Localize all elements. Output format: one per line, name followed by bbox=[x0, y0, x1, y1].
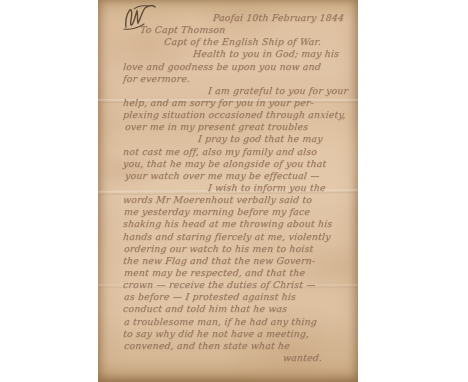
letter-line: I am grateful to you for your bbox=[97, 86, 358, 98]
letter-line: I pray to god that he may bbox=[97, 134, 358, 146]
letter-line: as before — I protested against his bbox=[97, 292, 358, 304]
letter-line: crown — receive the duties of Christ — bbox=[97, 280, 358, 292]
letter-line: love and goodness be upon you now and bbox=[97, 62, 358, 74]
letter-line: your watch over me may be effectual — bbox=[97, 171, 358, 183]
letter-line: words Mr Moerenhout verbally said to bbox=[97, 195, 358, 207]
letter-line: convened, and then state what he bbox=[97, 341, 358, 353]
letter-line: for evermore. bbox=[97, 74, 358, 86]
letter-line: wanted. bbox=[97, 353, 358, 365]
letter-line: the new Flag and that the new Govern- bbox=[97, 256, 358, 268]
letter-line: help, and am sorry for you in your per- bbox=[97, 98, 358, 110]
letter-paper: Paofai 10th February 1844To Capt Thomson… bbox=[98, 0, 358, 382]
letter-line: a troublesome man, if he had any thing bbox=[97, 317, 358, 329]
letter-line: Capt of the English Ship of War. bbox=[97, 37, 358, 49]
letter-line: Health to you in God; may his bbox=[97, 49, 358, 61]
letter-line: ment may be respected, and that the bbox=[97, 268, 358, 280]
letter-line: conduct and told him that he was bbox=[97, 304, 358, 316]
letter-line: hands and staring fiercely at me, violen… bbox=[97, 232, 358, 244]
letter-line: you, that he may be alongside of you tha… bbox=[97, 159, 358, 171]
letter-line: over me in my present great troubles bbox=[97, 122, 358, 134]
letter-text-block: Paofai 10th February 1844To Capt Thomson… bbox=[98, 13, 358, 365]
letter-line: ordering our watch to his men to hoist bbox=[97, 244, 358, 256]
letter-line: shaking his head at me throwing about hi… bbox=[97, 219, 358, 231]
letter-line: To Capt Thomson bbox=[97, 25, 358, 37]
letter-line: not cast me off, also my family and also bbox=[97, 147, 358, 159]
letter-line: I wish to inform you the bbox=[97, 183, 358, 195]
letter-photo: Paofai 10th February 1844To Capt Thomson… bbox=[0, 0, 468, 382]
letter-line: Paofai 10th February 1844 bbox=[97, 13, 358, 25]
letter-line: plexing situation occasioned through anx… bbox=[97, 110, 358, 122]
letter-line: to say why did he not have a meeting, bbox=[97, 329, 358, 341]
letter-line: me yesterday morning before my face bbox=[97, 207, 358, 219]
